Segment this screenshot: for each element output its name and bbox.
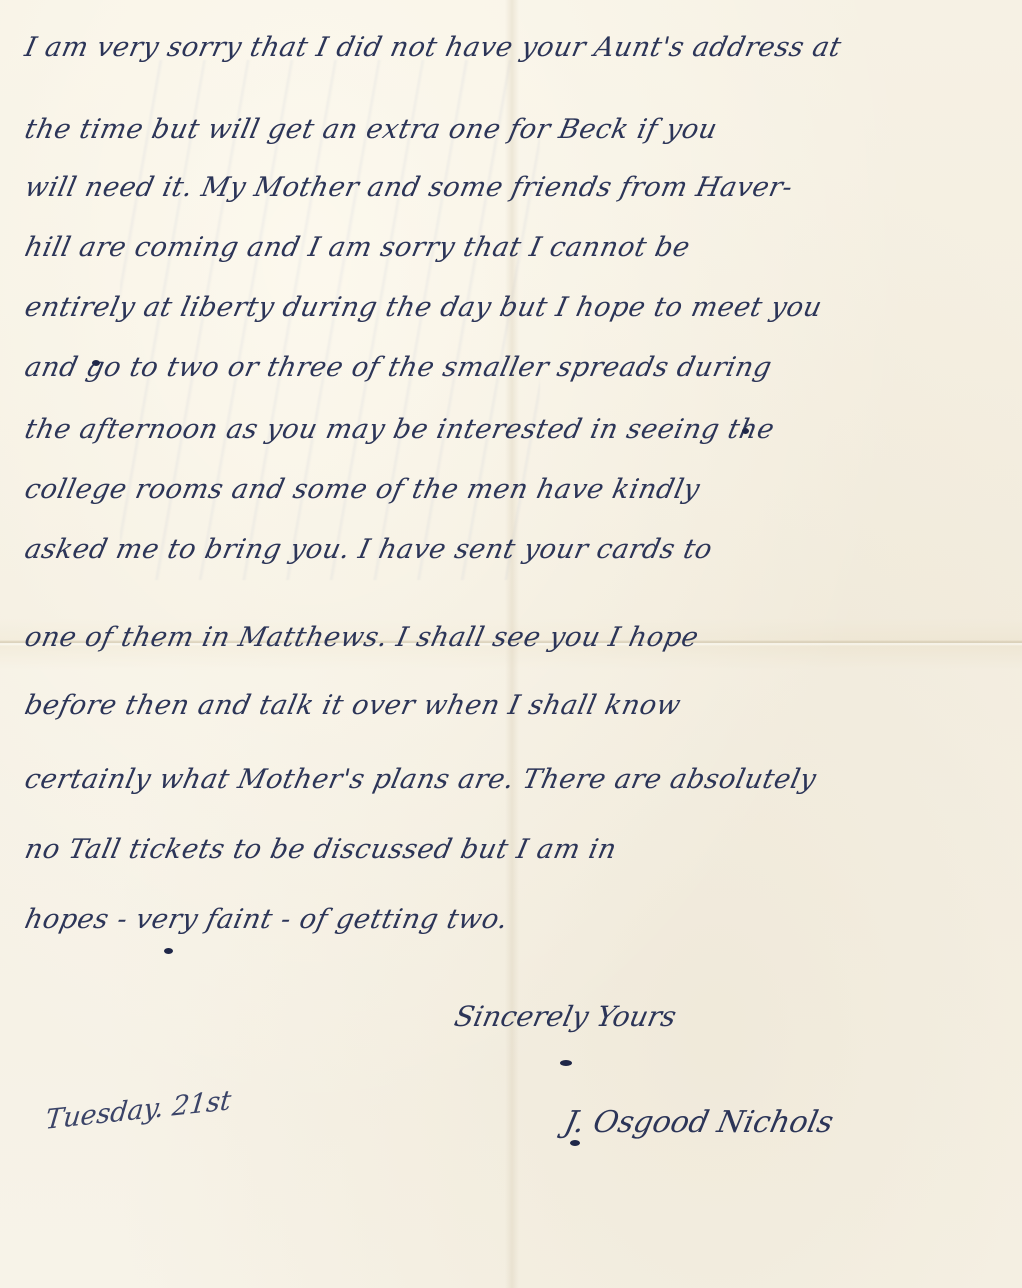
letter-line: will need it. My Mother and some friends…	[22, 172, 796, 203]
letter-line: one of them in Matthews. I shall see you…	[22, 622, 702, 653]
ink-blot	[164, 948, 173, 954]
closing-salutation: Sincerely Yours	[451, 1000, 679, 1033]
date-line: Tuesday. 21st	[44, 1085, 233, 1136]
ink-blot	[92, 360, 100, 366]
letter-line: asked me to bring you. I have sent your …	[22, 534, 715, 565]
letter-line: hill are coming and I am sorry that I ca…	[22, 232, 693, 263]
ink-blot	[570, 1140, 580, 1146]
letter-line: the time but will get an extra one for B…	[22, 114, 720, 145]
signature: J. Osgood Nichols	[561, 1105, 836, 1140]
letter-line: before then and talk it over when I shal…	[22, 690, 684, 721]
letter-line: and go to two or three of the smaller sp…	[22, 352, 775, 383]
letter-line: certainly what Mother's plans are. There…	[22, 764, 819, 795]
letter-line: hopes - very faint - of getting two.	[22, 904, 511, 935]
letter-line: I am very sorry that I did not have your…	[22, 32, 844, 63]
ink-blot	[742, 428, 749, 434]
letter-line: no Tall tickets to be discussed but I am…	[22, 834, 619, 865]
letter-page: I am very sorry that I did not have your…	[0, 0, 1022, 1288]
letter-line: college rooms and some of the men have k…	[22, 474, 703, 505]
letter-line: entirely at liberty during the day but I…	[22, 292, 825, 323]
ink-blot	[560, 1060, 572, 1066]
letter-line: the afternoon as you may be interested i…	[22, 414, 777, 445]
